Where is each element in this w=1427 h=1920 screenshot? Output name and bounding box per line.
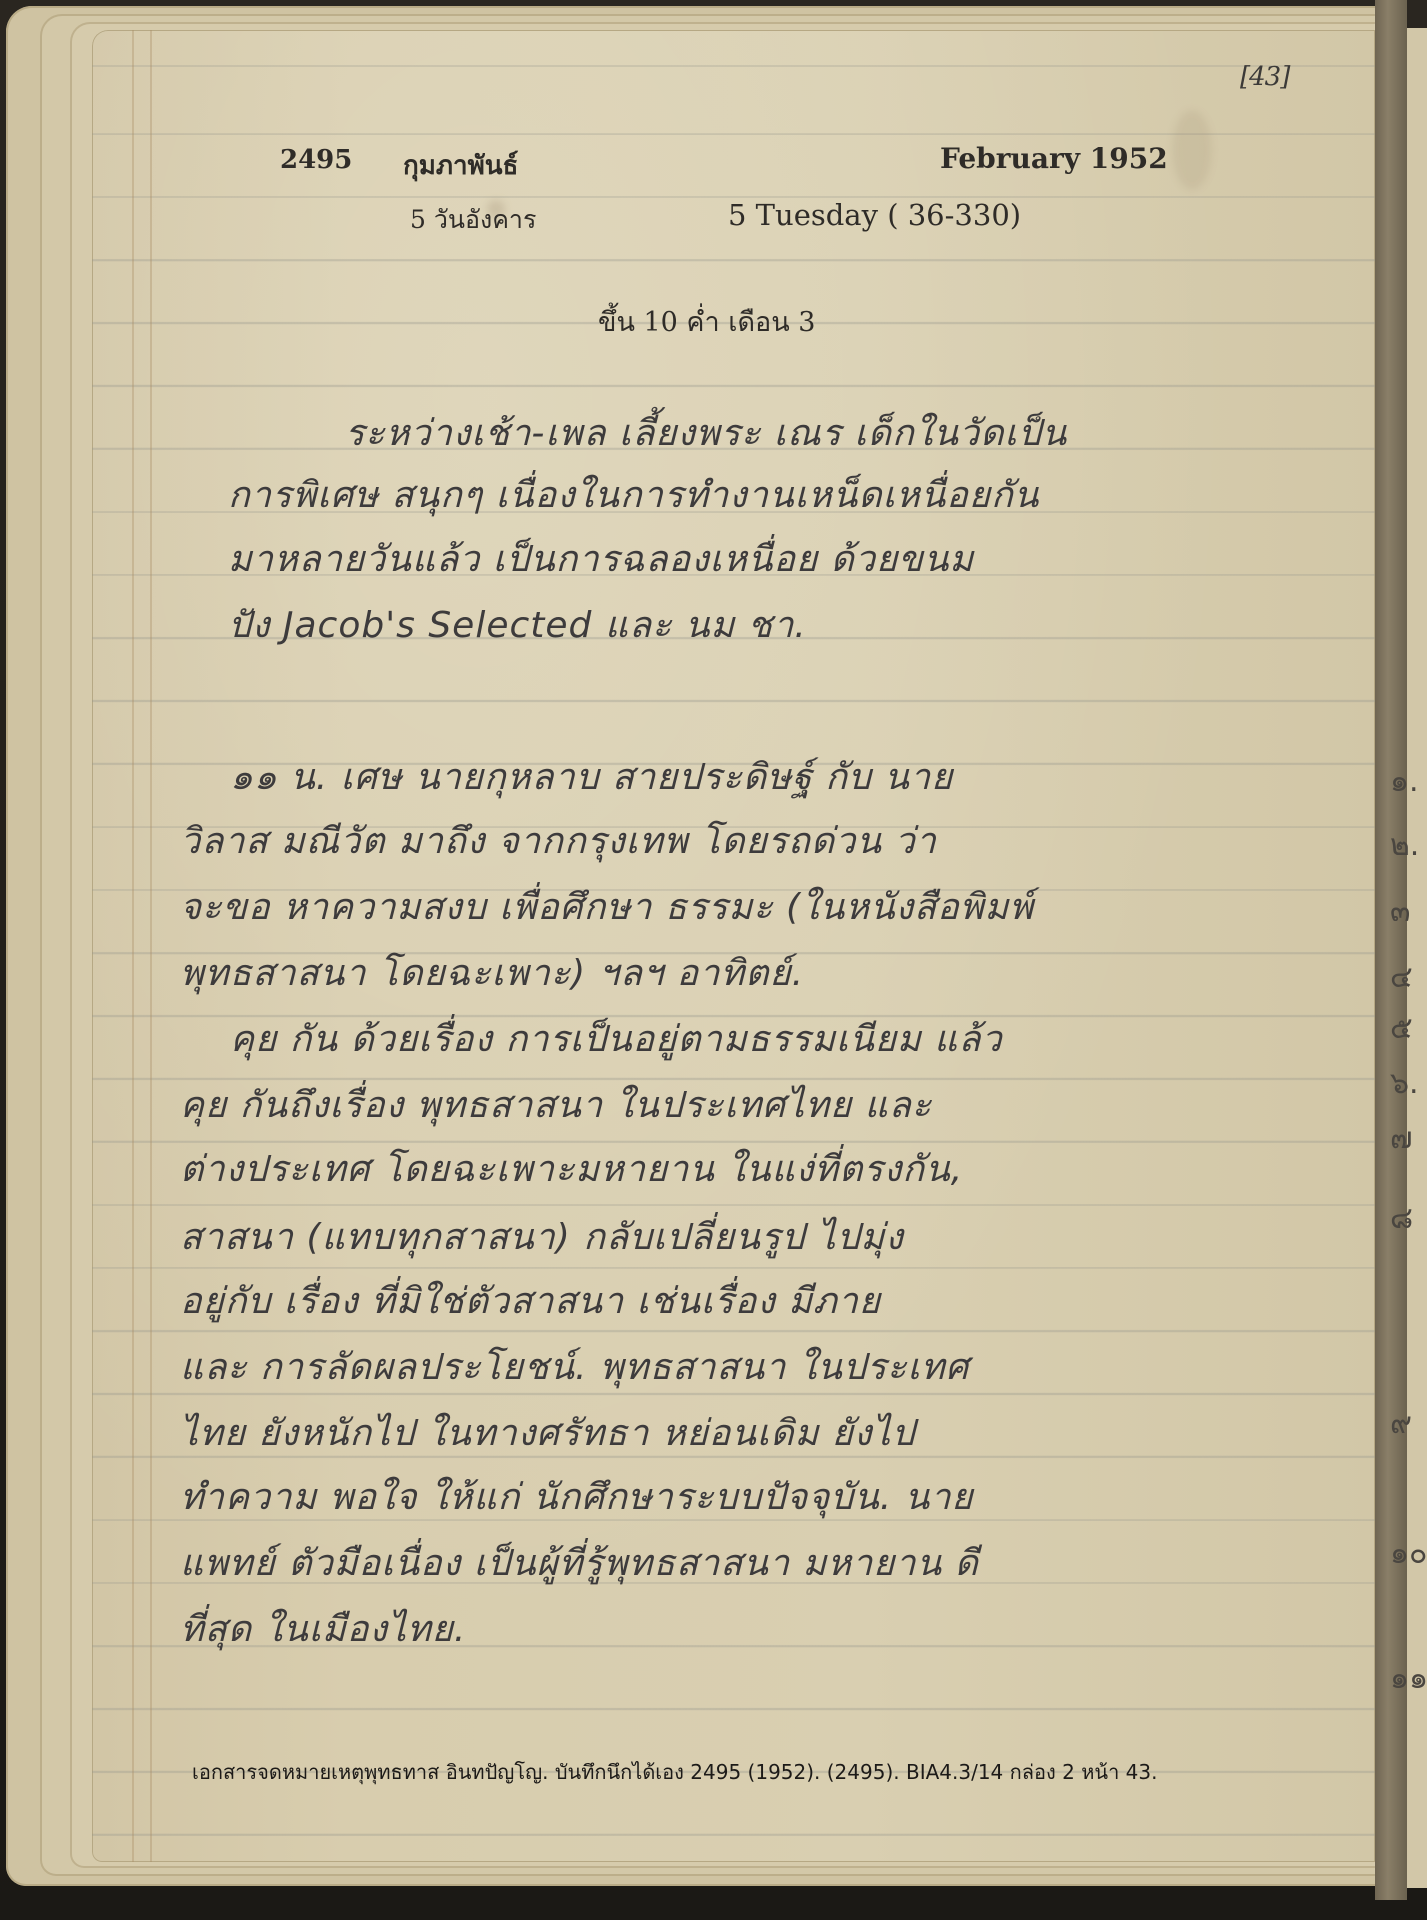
entry-line: ทำความ พอใจ ให้แก่ นักศึกษาระบบปัจจุบัน.… [180, 1468, 974, 1525]
facing-page-numeral: ๗ [1390, 1115, 1413, 1162]
paper-stain [1172, 110, 1212, 190]
entry-line: แพทย์ ตัวมือเนื่อง เป็นผู้ที่รู้พุทธสาสน… [180, 1534, 979, 1591]
entry-line: พุทธสาสนา โดยฉะเพาะ) ฯลฯ อาทิตย์. [180, 944, 804, 1001]
entry-line: ไทย ยังหนักไป ในทางศรัทธา หย่อนเดิม ยังไ… [180, 1404, 915, 1461]
facing-page-numeral: ๑๑ [1390, 1655, 1427, 1702]
entry-line: วิลาส มณีวัต มาถึง จากกรุงเทพ โดยรถด่วน … [180, 812, 937, 869]
lunar-date: ขึ้น 10 ค่ำ เดือน 3 [598, 300, 815, 343]
entry-line: ระหว่างเช้า-เพล เลี้ยงพระ เณร เด็กในวัดเ… [345, 404, 1067, 461]
facing-page-numeral: ๓ [1390, 888, 1411, 935]
entry-line: การพิเศษ สนุกๆ เนื่องในการทำงานเหน็ดเหนื… [228, 466, 1039, 523]
entry-line: และ การลัดผลประโยชน์. พุทธสาสนา ในประเทศ [180, 1338, 969, 1395]
thai-weekday: 5 วันอังคาร [410, 200, 536, 240]
book-spine-gutter [1375, 0, 1407, 1900]
facing-page-numeral: ๔ [1390, 954, 1413, 1001]
entry-line: ต่างประเทศ โดยฉะเพาะมหายาน ในแง่ที่ตรงกั… [180, 1140, 963, 1197]
facing-page-numeral: ๒. [1390, 822, 1419, 869]
margin-line [150, 30, 152, 1862]
entry-line: คุย กัน ด้วยเรื่อง การเป็นอยู่ตามธรรมเนี… [230, 1010, 1003, 1067]
facing-page-numeral: ๑. [1390, 758, 1419, 805]
entry-line: ปัง Jacob's Selected และ นม ชา. [228, 596, 807, 653]
archive-citation-caption: เอกสารจดหมายเหตุพุทธทาส อินทปัญโญ. บันทึ… [192, 1756, 1157, 1788]
english-month-year: February 1952 [940, 142, 1168, 175]
margin-line [132, 30, 134, 1862]
thai-month: กุมภาพันธ์ [403, 145, 518, 186]
entry-line: มาหลายวันแล้ว เป็นการฉลองเหนื่อย ด้วยขนม [228, 530, 974, 587]
thai-year: 2495 [280, 145, 352, 175]
facing-page-numeral: ๘ [1390, 1195, 1413, 1242]
entry-line: สาสนา (แทบทุกสาสนา) กลับเปลี่ยนรูป ไปมุ่… [180, 1208, 904, 1265]
facing-page-numeral: ๖. [1390, 1060, 1419, 1107]
facing-page-numeral: ๑๐ [1390, 1530, 1427, 1577]
entry-line: จะขอ หาความสงบ เพื่อศึกษา ธรรมะ (ในหนังส… [180, 878, 1034, 935]
page-number-marker: [43] [1240, 62, 1289, 92]
entry-line: อยู่กับ เรื่อง ที่มิใช่ตัวสาสนา เช่นเรื่… [180, 1272, 881, 1329]
entry-line: คุย กันถึงเรื่อง พุทธสาสนา ในประเทศไทย แ… [180, 1076, 932, 1133]
english-weekday: 5 Tuesday ( 36-330) [728, 198, 1021, 232]
facing-page-numeral: ๕ [1390, 1005, 1413, 1052]
entry-line: ๑๑ น. เศษ นายกุหลาบ สายประดิษฐ์ กับ นาย [230, 748, 953, 805]
facing-page-numeral: ๙ [1390, 1400, 1412, 1447]
entry-line: ที่สุด ในเมืองไทย. [180, 1600, 466, 1657]
